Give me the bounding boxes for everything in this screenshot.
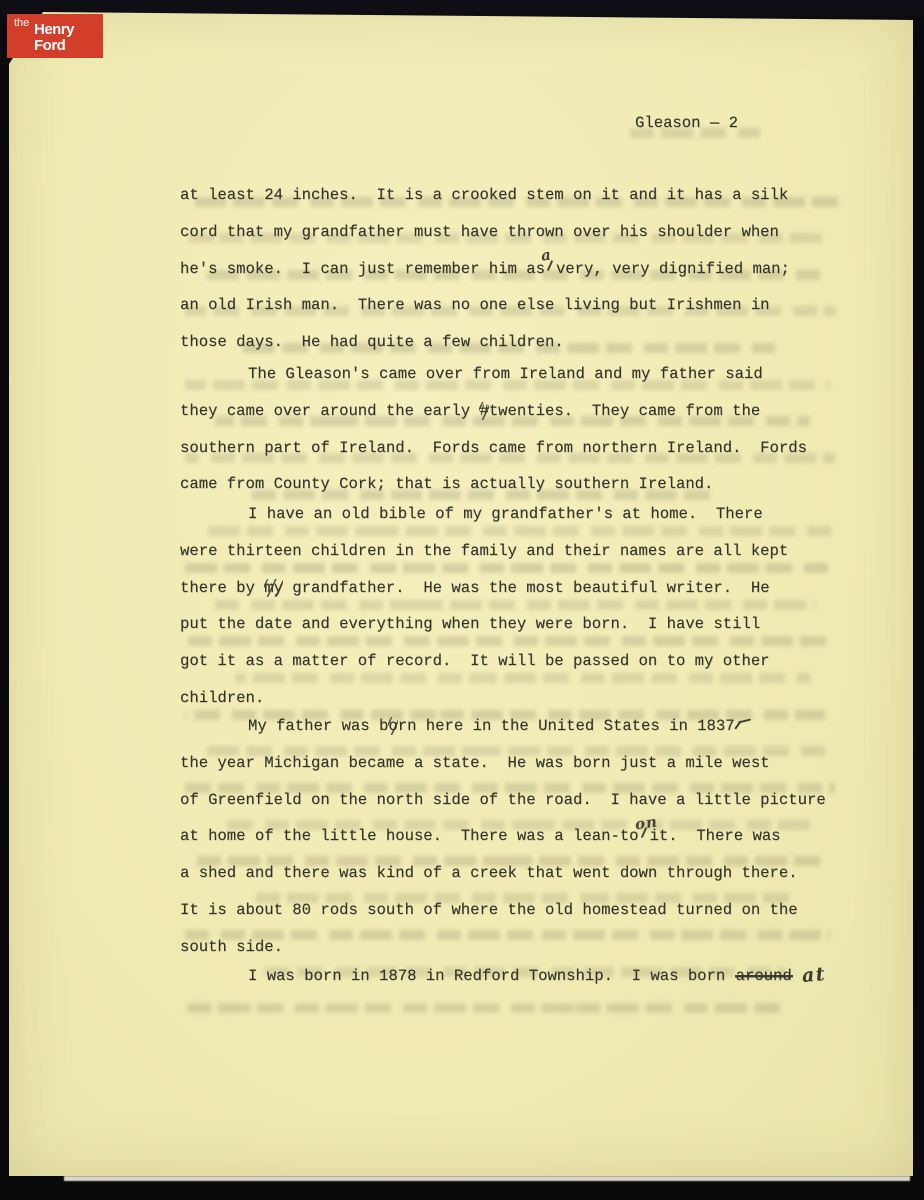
typed-line: there by my grandfather. He was the most… [180,570,860,607]
scan-background: Gleason — 2 at least 24 inches. It is a … [0,0,924,1200]
typed-text: the year Michigan became a state. He was… [180,754,770,772]
handwritten-caret-insertion: on [639,825,650,841]
typed-text: I was born in 1878 in Redford Township. … [248,967,735,985]
typed-text: rn here in the United States in 1837 [398,717,735,735]
typed-line: of Greenfield on the north side of the r… [180,782,860,819]
logo-text-ford: Ford [34,37,65,54]
paragraph: I have an old bible of my grandfather's … [180,496,860,717]
typed-line: The Gleason's came over from Ireland and… [180,356,860,393]
typed-line: were thirteen children in the family and… [180,533,860,570]
handwritten-word: at [801,956,828,995]
struck-word: around [735,967,793,985]
typed-text: at least 24 inches. It is a crooked stem… [180,186,788,204]
paragraph: at least 24 inches. It is a crooked stem… [180,177,860,361]
henry-ford-logo: the Henry Ford [7,14,103,58]
typed-line: they came over around the early #twentie… [180,393,860,430]
handwritten-insertion-text: on [632,803,660,843]
paragraph: My father was born here in the United St… [180,708,860,966]
typed-text: he's smoke. I can just remember him as [180,260,545,278]
handwritten-caret-insertion: a [545,257,556,273]
typed-text: I have an old bible of my grandfather's … [248,505,763,523]
typed-text: they came over around the early [180,402,479,420]
bleedthrough-row [185,1003,790,1013]
typed-text: at home of the little house. There was a… [180,827,639,845]
typed-line: I have an old bible of my grandfather's … [180,496,860,533]
typed-line: put the date and everything when they we… [180,606,860,643]
typed-text: a shed and there was kind of a creek tha… [180,864,798,882]
document-page: Gleason — 2 at least 24 inches. It is a … [9,8,913,1176]
typed-text: cord that my grandfather must have throw… [180,223,779,241]
typed-text: an old Irish man. There was no one else … [180,296,770,314]
typed-line: he's smoke. I can just remember him asav… [180,251,860,288]
paragraph: I was born in 1878 in Redford Township. … [180,957,860,994]
overtyped-text: o [388,717,397,735]
underlying-sheet-edge [64,1176,910,1181]
typed-text: got it as a matter of record. It will be… [180,652,770,670]
typed-text: very, very dignified man; [556,260,790,278]
typed-text: My father was b [248,717,388,735]
typed-text: southern part of Ireland. Fords came fro… [180,439,807,457]
typed-text: The Gleason's came over from Ireland and… [248,365,763,383]
typed-text: twenties. They came from the [489,402,760,420]
typed-text: those days. He had quite a few children. [180,333,564,351]
typed-text: came from County Cork; that is actually … [180,475,713,493]
typed-text: of Greenfield on the north side of the r… [180,791,826,809]
typed-line: a shed and there was kind of a creek tha… [180,855,860,892]
typed-text: It is about 80 rods south of where the o… [180,901,798,919]
typed-line: I was born in 1878 in Redford Township. … [180,957,860,994]
logo-text-henry: Henry [34,21,74,38]
paragraph: The Gleason's came over from Ireland and… [180,356,860,503]
typed-line: the year Michigan became a state. He was… [180,745,860,782]
typed-line: got it as a matter of record. It will be… [180,643,860,680]
typed-text: were thirteen children in the family and… [180,542,788,560]
typed-text: put the date and everything when they we… [180,615,760,633]
handwritten-correction-mark [735,715,752,731]
typed-text: there by [180,579,264,597]
typed-text: grandfather. He was the most beautiful w… [283,579,770,597]
typed-line: an old Irish man. There was no one else … [180,287,860,324]
typed-line: cord that my grandfather must have throw… [180,214,860,251]
logo-text-the: the [14,17,29,29]
typed-line: at home of the little house. There was a… [180,818,860,855]
typed-line: southern part of Ireland. Fords came fro… [180,430,860,467]
overtyped-text: my [264,579,283,597]
typed-text: it. There was [650,827,781,845]
overtyped-text: # [479,402,488,420]
typed-line: My father was born here in the United St… [180,708,860,745]
page-header: Gleason — 2 [635,105,738,142]
typed-line: at least 24 inches. It is a crooked stem… [180,177,860,214]
typed-line: It is about 80 rods south of where the o… [180,892,860,929]
typed-text: south side. [180,938,283,956]
typed-text: children. [180,689,264,707]
